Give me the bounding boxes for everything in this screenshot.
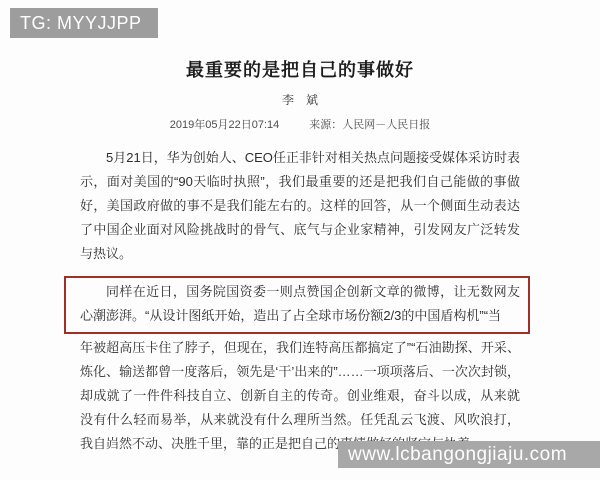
- article-page: TG: MYYJJPP 最重要的是把自己的事做好 李 斌 2019年05月22日…: [0, 0, 600, 480]
- article-container: 最重要的是把自己的事做好 李 斌 2019年05月22日07:14来源：人民网－…: [80, 0, 520, 456]
- article-body: 5月21日，华为创始人、CEO任正非针对相关热点问题接受媒体采访时表示，面对美国…: [80, 146, 520, 456]
- article-title: 最重要的是把自己的事做好: [80, 58, 520, 82]
- red-highlight-box: 同样在近日，国务院国资委一则点赞国企创新文章的微博，让无数网友心潮澎湃。“从设计…: [64, 276, 530, 334]
- article-author: 李 斌: [80, 91, 520, 108]
- article-source: 来源：人民网－人民日报: [309, 119, 430, 131]
- article-meta-line: 2019年05月22日07:14来源：人民网－人民日报: [80, 116, 520, 132]
- publish-datetime: 2019年05月22日07:14: [170, 119, 279, 131]
- paragraph-2-continuation: 年被超高压卡住了脖子，但现在，我们连特高压都搞定了”“石油勘探、开采、炼化、输送…: [80, 336, 520, 456]
- paragraph-1: 5月21日，华为创始人、CEO任正非针对相关热点问题接受媒体采访时表示，面对美国…: [80, 146, 520, 266]
- site-watermark: www.lcbangongjiaju.com: [338, 441, 600, 468]
- telegram-watermark-badge: TG: MYYJJPP: [10, 8, 158, 38]
